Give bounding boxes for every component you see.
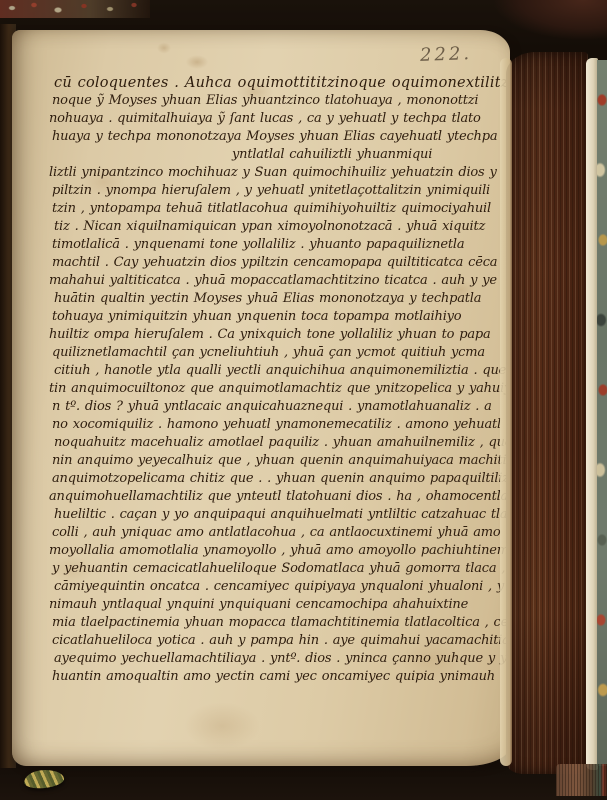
text-line: huantin amoqualtin amo yectin cami yec o… xyxy=(52,668,504,686)
marbled-cover-strip xyxy=(597,60,607,766)
text-line: nin anquimo yeyecalhuiz que , yhuan quen… xyxy=(52,452,504,470)
endband xyxy=(23,768,65,790)
text-line: huātin qualtin yectin Moyses yhuā Elias … xyxy=(54,290,504,308)
text-line: cū coloquentes . Auhca oquimottititzinoq… xyxy=(54,74,504,92)
text-line: cāmiyequintin oncatca . cencamiyec quipi… xyxy=(54,578,504,596)
manuscript-text-block: cū coloquentes . Auhca oquimottititzinoq… xyxy=(52,74,504,686)
text-line: huaya y techpa mononotzaya Moyses yhuan … xyxy=(52,128,504,146)
text-line: mia tlaelpactinemia yhuan mopacca tlamac… xyxy=(52,614,504,632)
text-line: nohuaya . quimitalhuiaya ỹ ſant lucas , … xyxy=(49,110,504,128)
text-line: machtil . Cay yehuatzin dios ypiltzin ce… xyxy=(52,254,504,272)
text-line: liztli ynipantzinco mochihuaz y Suan qui… xyxy=(49,164,504,182)
text-line: anquimohuellamachtiliz que ynteutl tlato… xyxy=(49,488,504,506)
text-line: citiuh , hanotle ytla qualli yectli anqu… xyxy=(54,362,504,380)
text-line: tohuaya ynimiquitzin yhuan ynquenin toca… xyxy=(52,308,504,326)
text-line: huiltiz ompa hieruſalem . Ca ynixquich t… xyxy=(49,326,504,344)
text-line: noque ỹ Moyses yhuan Elias yhuantzinco t… xyxy=(52,92,504,110)
text-line: quiliznetlamachtil çan ycneliuhtiuh , yh… xyxy=(52,344,504,362)
text-line: ayequimo yechuellamachtiliaya . yntº. di… xyxy=(54,650,504,668)
text-line: tin anquimocuiltonoz que anquimotlamacht… xyxy=(49,380,504,398)
text-line: moyollalia amomotlalia ynamoyollo , yhuā… xyxy=(49,542,504,560)
text-line: noquahuitz macehualiz amotlael paquiliz … xyxy=(54,434,504,452)
text-line: timotlalicā . ynquenami tone yollaliliz … xyxy=(52,236,504,254)
text-line: no xocomiquiliz . hamono yehuatl ynamone… xyxy=(52,416,504,434)
text-line: piltzin . ynompa hieruſalem , y yehuatl … xyxy=(52,182,504,200)
text-line: mahahui yaltiticatca . yhuā mopaccatlama… xyxy=(49,272,504,290)
text-line: tiz . Nican xiquilnamiquican ypan ximoyo… xyxy=(54,218,504,236)
text-line: tzin , yntopampa tehuā titlatlacohua qui… xyxy=(52,200,504,218)
text-line: nimauh yntlaqual ynquini ynquiquani cenc… xyxy=(49,596,504,614)
manuscript-photo: 222. cū coloquentes . Auhca oquimottitit… xyxy=(0,0,607,800)
text-line: colli , auh yniquac amo antlatlacohua , … xyxy=(52,524,504,542)
marble-paper-fragment-top xyxy=(0,0,150,18)
text-line: n tº. dios ? yhuā yntlacaic anquicahuazn… xyxy=(52,398,504,416)
text-line: yntlatlal cahuiliztli yhuanmiqui xyxy=(54,146,504,164)
text-line: anquimotzopelicama chitiz que . . yhuan … xyxy=(52,470,504,488)
manuscript-page: 222. cū coloquentes . Auhca oquimottitit… xyxy=(12,30,510,766)
text-line: cicatlahueliloca yotica . auh y pampa hi… xyxy=(52,632,504,650)
page-stack-bottom-right xyxy=(556,764,607,796)
text-line: hueliltic . caçan y yo anquipaqui anquih… xyxy=(54,506,504,524)
text-line: y yehuantin cemacicatlahueliloque Sodoma… xyxy=(52,560,504,578)
page-number: 222. xyxy=(420,43,473,66)
book-fore-edge-pages xyxy=(506,52,588,774)
